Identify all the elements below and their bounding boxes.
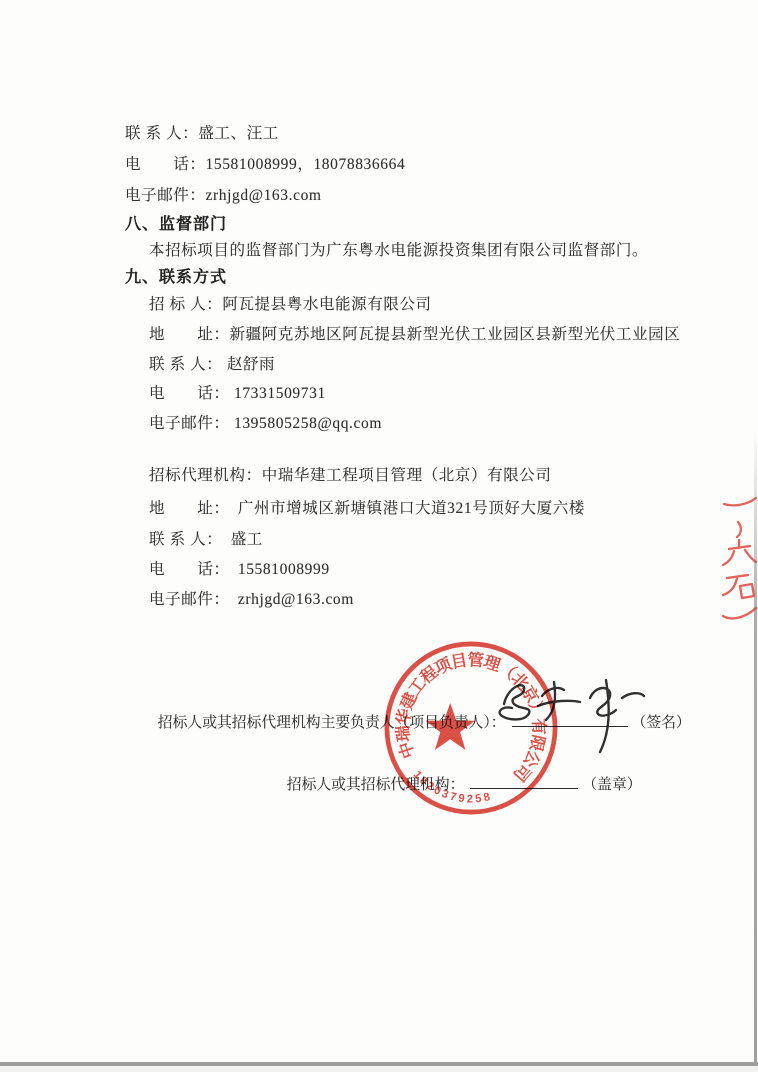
agency-contact-line: 联 系 人： 盛工 <box>149 527 263 549</box>
section-8-heading: 八、监督部门 <box>125 211 227 234</box>
contact-person-line: 联 系 人：盛工、汪工 <box>125 121 279 143</box>
margin-annotation-marks <box>721 492 758 624</box>
tenderer-name-line: 招 标 人：阿瓦提县粤水电能源有限公司 <box>149 292 432 314</box>
phone-line: 电 话：15581008999，18078836664 <box>125 152 405 174</box>
section-9-heading: 九、联系方式 <box>125 264 227 287</box>
scanned-document-page: 联 系 人：盛工、汪工 电 话：15581008999，18078836664 … <box>0 0 758 1072</box>
agency-name-line: 招标代理机构：中瑞华建工程项目管理（北京）有限公司 <box>149 463 552 485</box>
tenderer-email-line: 电子邮件： 1395805258@qq.com <box>149 411 382 433</box>
agency-address-line: 地 址： 广州市增城区新塘镇港口大道321号顶好大厦六楼 <box>149 496 585 518</box>
tenderer-contact-line: 联 系 人： 赵舒雨 <box>149 352 275 374</box>
seal-company-text: 中瑞华建工程项目管理（北京）有限公司 <box>393 650 548 785</box>
email-line: 电子邮件：zrhjgd@163.com <box>125 183 322 205</box>
signature-row2-suffix: （盖章） <box>582 777 641 793</box>
agency-email-line: 电子邮件： zrhjgd@163.com <box>149 587 354 609</box>
seal-star-icon <box>426 703 475 750</box>
tenderer-phone-line: 电 话： 17331509731 <box>149 381 326 403</box>
svg-text:中瑞华建工程项目管理（北京）有限公司: 中瑞华建工程项目管理（北京）有限公司 <box>393 650 548 785</box>
section-8-body: 本招标项目的监督部门为广东粤水电能源投资集团有限公司监督部门。 <box>149 238 648 260</box>
agency-phone-line: 电 话： 15581008999 <box>149 557 330 579</box>
scan-margin-below-page <box>0 1066 758 1072</box>
tenderer-address-line: 地 址：新疆阿克苏地区阿瓦提县新型光伏工业园区县新型光伏工业园区 <box>149 322 680 344</box>
company-seal-stamp: 中瑞华建工程项目管理（北京）有限公司 1020379258 <box>366 637 576 819</box>
